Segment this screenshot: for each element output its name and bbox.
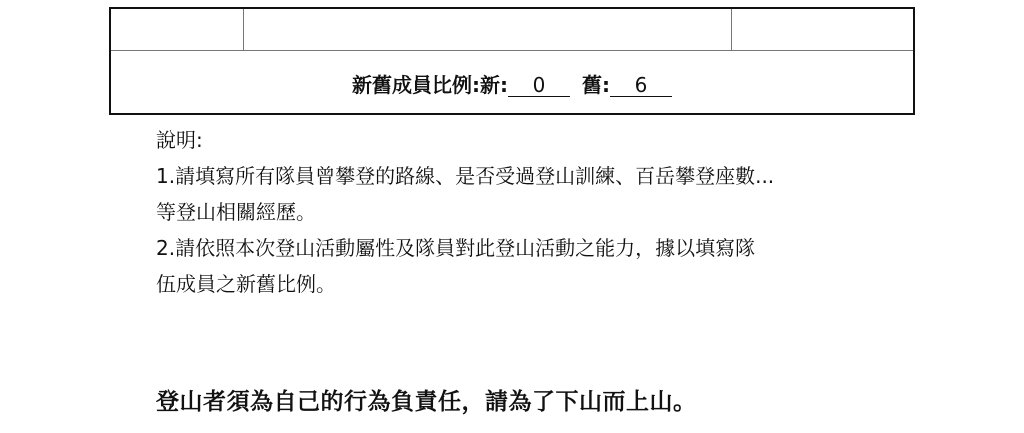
ratio-row: 新舊成員比例:新: 0 舊: 6 — [111, 50, 913, 113]
safety-motto: 登山者須為自己的行為負責任，請為了下山而上山。 — [156, 383, 697, 416]
instructions-heading: 說明: — [156, 122, 774, 158]
new-members-field[interactable]: 0 — [508, 74, 570, 97]
member-ratio-table: 新舊成員比例:新: 0 舊: 6 — [109, 7, 915, 115]
old-members-label: 舊: — [582, 69, 610, 98]
table-cell-3[interactable] — [732, 9, 913, 50]
instructions: 說明: 1.請填寫所有隊員曾攀登的路線、是否受過登山訓練、百岳攀登座數... 等… — [156, 122, 774, 302]
instruction-line: 1.請填寫所有隊員曾攀登的路線、是否受過登山訓練、百岳攀登座數... — [156, 158, 774, 194]
instruction-line: 伍成員之新舊比例。 — [156, 266, 774, 302]
instruction-line: 2.請依照本次登山活動屬性及隊員對此登山活動之能力，據以填寫隊 — [156, 230, 774, 266]
table-cell-2[interactable] — [244, 9, 732, 50]
old-members-field[interactable]: 6 — [610, 74, 672, 97]
member-ratio: 新舊成員比例:新: 0 舊: 6 — [352, 69, 672, 98]
ratio-label: 新舊成員比例:新: — [352, 69, 508, 98]
instruction-line: 等登山相關經歷。 — [156, 194, 774, 230]
table-top-row — [111, 9, 913, 51]
table-cell-1[interactable] — [111, 9, 244, 50]
